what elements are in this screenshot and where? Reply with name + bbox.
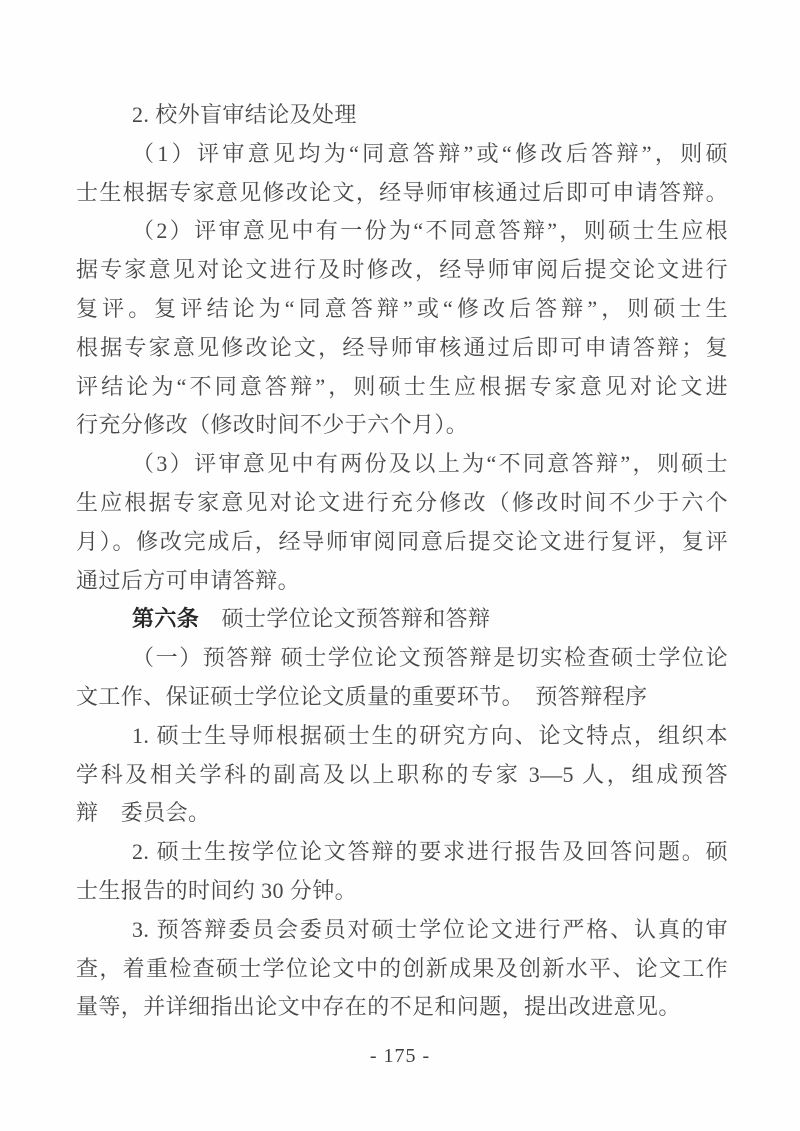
paragraph-line: 文工作、保证硕士学位论文质量的重要环节。 预答辩程序 [76,678,728,717]
paragraph-line: （2）评审意见中有一份为“不同意答辩”，则硕士生应根 [76,212,728,251]
paragraph-line: 辩 委员会。 [76,794,728,833]
document-page: 2. 校外盲审结论及处理 （1）评审意见均为“同意答辩”或“修改后答辩”，则硕 … [0,0,800,1131]
paragraph-line: 3. 预答辩委员会委员对硕士学位论文进行严格、认真的审 [76,911,728,950]
list-item-heading: 2. 校外盲审结论及处理 [76,96,728,135]
paragraph-line: 复评。复评结论为“同意答辩”或“修改后答辩”，则硕士生 [76,290,728,329]
article-heading: 第六条 硕士学位论文预答辩和答辩 [76,600,728,639]
article-title: 硕士学位论文预答辩和答辩 [199,606,490,631]
paragraph-line: 士生根据专家意见修改论文，经导师审核通过后即可申请答辩。 [76,174,728,213]
paragraph-line: （3）评审意见中有两份及以上为“不同意答辩”，则硕士 [76,445,728,484]
paragraph-line: 通过后方可申请答辩。 [76,562,728,601]
paragraph-line: 根据专家意见修改论文，经导师审核通过后即可申请答辩；复 [76,329,728,368]
paragraph-line: 2. 硕士生按学位论文答辩的要求进行报告及回答问题。硕 [76,833,728,872]
document-text-block: 2. 校外盲审结论及处理 （1）评审意见均为“同意答辩”或“修改后答辩”，则硕 … [76,96,728,1027]
paragraph-line: 评结论为“不同意答辩”，则硕士生应根据专家意见对论文进 [76,368,728,407]
paragraph-line: 士生报告的时间约 30 分钟。 [76,872,728,911]
paragraph-line: 行充分修改（修改时间不少于六个月）。 [76,406,728,445]
paragraph-line: 1. 硕士生导师根据硕士生的研究方向、论文特点，组织本 [76,717,728,756]
page-number: - 175 - [0,1044,800,1068]
paragraph-line: 学科及相关学科的副高及以上职称的专家 3—5 人，组成预答 [76,756,728,795]
paragraph-line: 据专家意见对论文进行及时修改，经导师审阅后提交论文进行 [76,251,728,290]
paragraph-line: （一）预答辩 硕士学位论文预答辩是切实检查硕士学位论 [76,639,728,678]
article-number: 第六条 [132,606,199,631]
paragraph-line: 查，着重检查硕士学位论文中的创新成果及创新水平、论文工作 [76,950,728,989]
paragraph-line: 生应根据专家意见对论文进行充分修改（修改时间不少于六个 [76,484,728,523]
paragraph-line: （1）评审意见均为“同意答辩”或“修改后答辩”，则硕 [76,135,728,174]
paragraph-line: 月）。修改完成后，经导师审阅同意后提交论文进行复评，复评 [76,523,728,562]
paragraph-line: 量等，并详细指出论文中存在的不足和问题，提出改进意见。 [76,988,728,1027]
